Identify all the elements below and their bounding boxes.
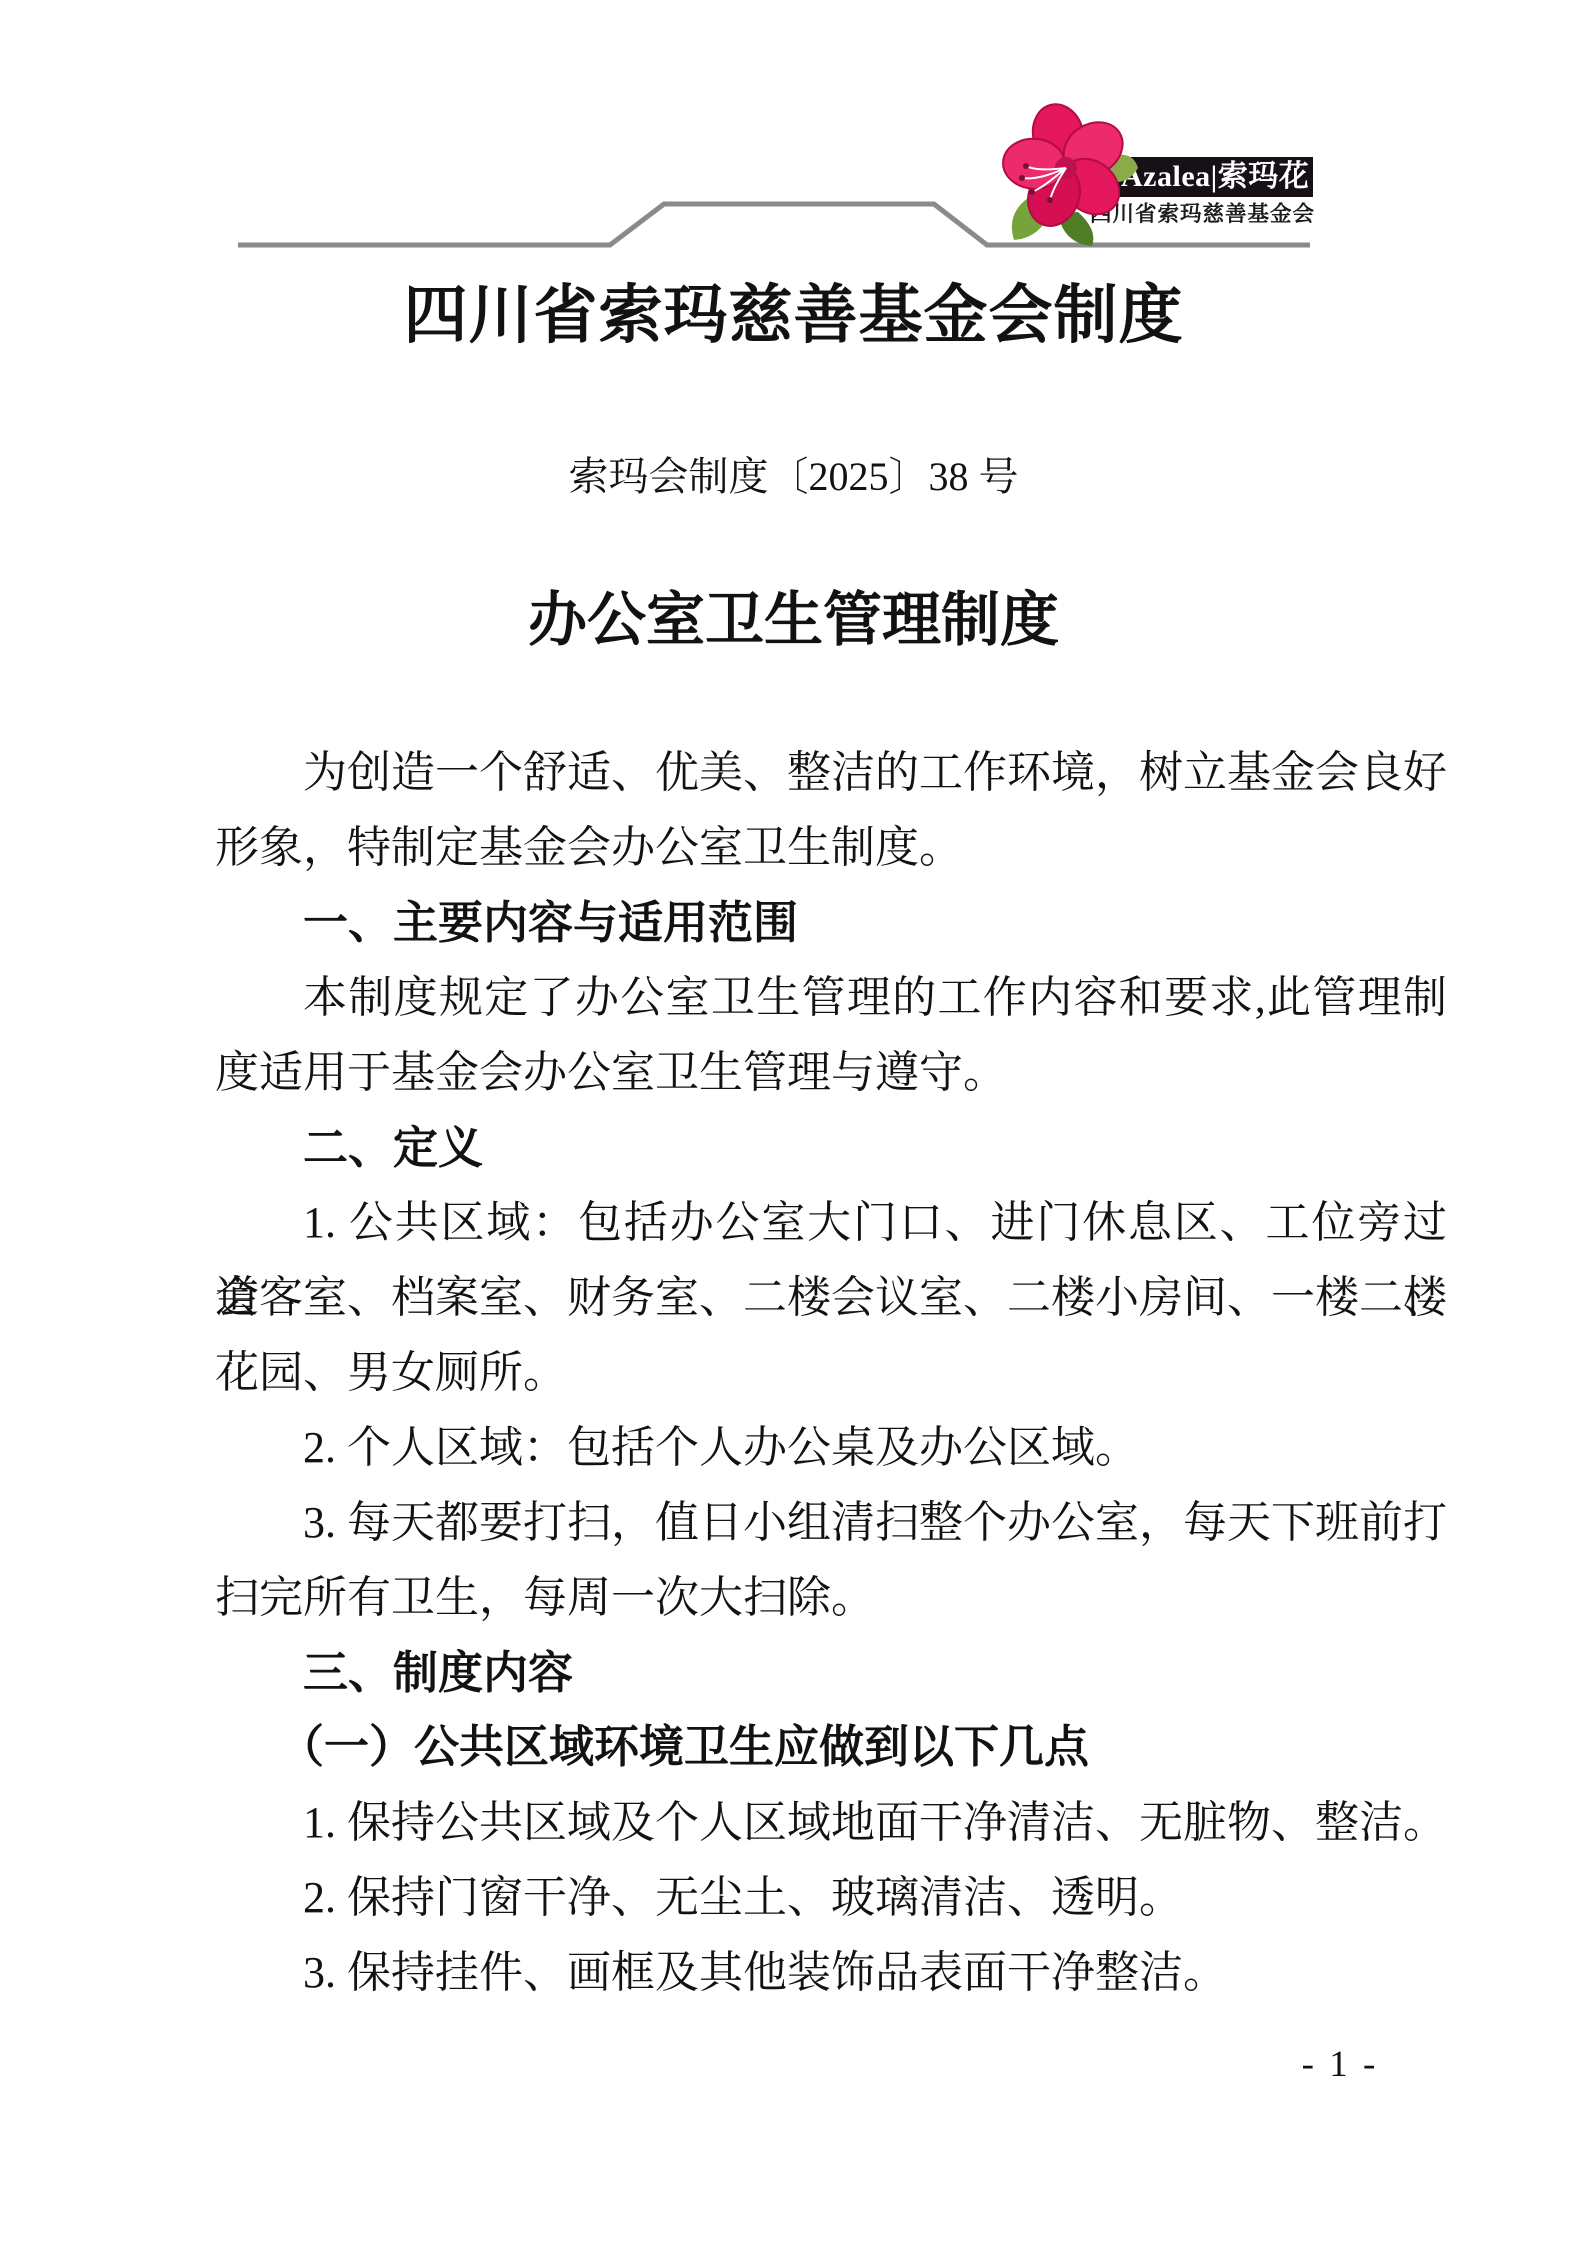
text-line: 2. 个人区域：包括个人办公桌及办公区域。 (215, 1410, 1447, 1485)
document-body: 为创造一个舒适、优美、整洁的工作环境，树立基金会良好形象，特制定基金会办公室卫生… (215, 735, 1447, 2010)
document-title: 四川省索玛慈善基金会制度 (0, 276, 1587, 356)
text-line: （一）公共区域环境卫生应做到以下几点 (215, 1710, 1447, 1785)
text-line: 3. 保持挂件、画框及其他装饰品表面干净整洁。 (215, 1935, 1447, 2010)
document-page: Azalea|索玛花 四川省索玛慈善基金会 (0, 0, 1587, 2245)
azalea-flower-icon (1002, 96, 1142, 246)
text-line: 扫完所有卫生，每周一次大扫除。 (215, 1560, 1447, 1635)
text-line: 花园、男女厕所。 (215, 1335, 1447, 1410)
header-rule (0, 190, 1587, 260)
text-line: 度适用于基金会办公室卫生管理与遵守。 (215, 1035, 1447, 1110)
text-line: 形象，特制定基金会办公室卫生制度。 (215, 810, 1447, 885)
text-line: 三、制度内容 (215, 1635, 1447, 1710)
section-title: 办公室卫生管理制度 (0, 580, 1587, 660)
document-number: 索玛会制度〔2025〕38 号 (0, 447, 1587, 507)
text-line: 为创造一个舒适、优美、整洁的工作环境，树立基金会良好 (215, 735, 1447, 810)
text-line: 会客室、档案室、财务室、二楼会议室、二楼小房间、一楼二楼 (215, 1260, 1447, 1335)
text-line: 二、定义 (215, 1110, 1447, 1185)
logo-brand-text: Azalea|索玛花 (1121, 160, 1309, 193)
page-number: - 1 - (1275, 2040, 1405, 2090)
logo-banner: Azalea|索玛花 (1113, 157, 1313, 197)
text-line: 3. 每天都要打扫，值日小组清扫整个办公室，每天下班前打 (215, 1485, 1447, 1560)
text-line: 2. 保持门窗干净、无尘土、玻璃清洁、透明。 (215, 1860, 1447, 1935)
text-line: 1. 公共区域：包括办公室大门口、进门休息区、工位旁过道、 (215, 1185, 1447, 1260)
text-line: 一、主要内容与适用范围 (215, 885, 1447, 960)
text-line: 本制度规定了办公室卫生管理的工作内容和要求,此管理制 (215, 960, 1447, 1035)
text-line: 1. 保持公共区域及个人区域地面干净清洁、无脏物、整洁。 (215, 1785, 1447, 1860)
